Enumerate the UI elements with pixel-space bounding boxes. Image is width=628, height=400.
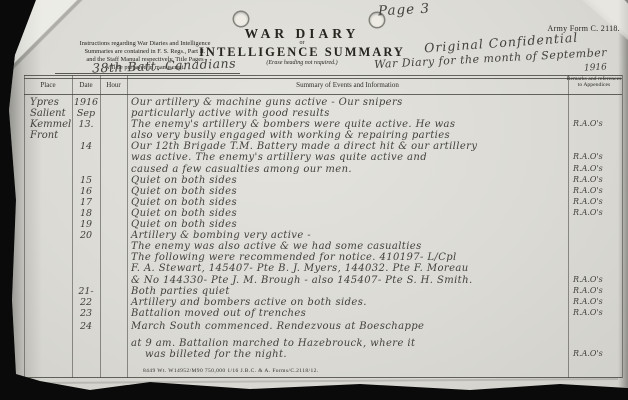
diary-row: 20 Artillery & bombing very active - — [24, 230, 622, 241]
summary-cell: also very busily engaged with working & … — [127, 130, 568, 141]
page-number-hand: Page 3 — [378, 1, 431, 20]
col-header-place: Place — [24, 81, 72, 89]
date-cell: 22 — [72, 297, 100, 308]
unit-underline — [55, 73, 240, 74]
date-cell: 1916 — [72, 97, 100, 108]
table-top-rule-2 — [24, 78, 622, 79]
col-header-hour: Hour — [100, 81, 127, 89]
summary-cell: March South commenced. Rendezvous at Boe… — [127, 321, 568, 332]
diary-row: was active. The enemy's artillery was qu… — [24, 152, 622, 163]
date-cell: 19 — [72, 219, 100, 230]
remarks-cell: R.A.O's — [568, 308, 618, 317]
diary-row: caused a few casualties among our men. R… — [24, 164, 622, 175]
summary-cell: The enemy was also active & we had some … — [127, 241, 568, 252]
summary-cell: Battalion moved out of trenches — [127, 308, 568, 319]
summary-cell: Both parties quiet — [127, 286, 568, 297]
diary-row: The following were recommended for notic… — [24, 252, 622, 263]
date-cell: 13. — [72, 119, 100, 130]
summary-cell: was billeted for the night. — [127, 349, 568, 360]
place-cell: Kemmel — [24, 119, 72, 130]
summary-cell: The enemy's artillery & bombers were qui… — [127, 119, 568, 130]
form-print-number: 8449 Wt. W14952/M90 750,000 1/16 J.B.C. … — [143, 368, 319, 374]
table-header-rule — [24, 94, 622, 95]
diary-row: F. A. Stewart, 145407- Pte B. J. Myers, … — [24, 263, 622, 274]
diary-row: 15 Quiet on both sides R.A.O's — [24, 175, 622, 186]
col-header-date: Date — [72, 81, 100, 89]
remarks-cell: R.A.O's — [568, 164, 618, 173]
col-header-remarks: Remarks and references to Appendices — [566, 76, 622, 88]
diary-row: Salient Sep particularly active with goo… — [24, 108, 622, 119]
scanned-war-diary-page: Page 3 Army Form C. 2118. WAR DIARY or I… — [0, 0, 628, 400]
date-cell: 16 — [72, 186, 100, 197]
summary-cell: The following were recommended for notic… — [127, 252, 568, 263]
summary-cell: Quiet on both sides — [127, 186, 568, 197]
place-cell: Ypres — [24, 97, 72, 108]
remarks-cell: R.A.O's — [568, 119, 618, 128]
diary-row: 14 Our 12th Brigade T.M. Battery made a … — [24, 141, 622, 152]
diary-row: 21- Both parties quiet R.A.O's — [24, 286, 622, 297]
diary-row: The enemy was also active & we had some … — [24, 241, 622, 252]
date-cell: 21- — [72, 286, 100, 297]
summary-cell: at 9 am. Battalion marched to Hazebrouck… — [127, 338, 568, 349]
place-cell: Front — [24, 130, 72, 141]
summary-cell: Quiet on both sides — [127, 175, 568, 186]
remarks-cell: R.A.O's — [568, 208, 618, 217]
paper: Page 3 Army Form C. 2118. WAR DIARY or I… — [0, 0, 628, 400]
diary-row: 24 March South commenced. Rendezvous at … — [24, 321, 622, 332]
diary-row: 19 Quiet on both sides — [24, 219, 622, 230]
date-cell: 15 — [72, 175, 100, 186]
summary-cell: & No 144330- Pte J. M. Brough - also 145… — [127, 275, 568, 286]
summary-cell: caused a few casualties among our men. — [127, 164, 568, 175]
diary-rows: Ypres 1916 Our artillery & machine guns … — [24, 97, 622, 360]
diary-row: Front also very busily engaged with work… — [24, 130, 622, 141]
remarks-cell: R.A.O's — [568, 286, 618, 295]
remarks-cell: R.A.O's — [568, 275, 618, 284]
date-cell: Sep — [72, 108, 100, 119]
diary-row: was billeted for the night. R.A.O's — [24, 349, 622, 360]
date-cell: 20 — [72, 230, 100, 241]
diary-row: 16 Quiet on both sides R.A.O's — [24, 186, 622, 197]
remarks-cell: R.A.O's — [568, 297, 618, 306]
diary-row: Ypres 1916 Our artillery & machine guns … — [24, 97, 622, 108]
col-header-summary: Summary of Events and Information — [127, 81, 568, 89]
diary-row: 23 Battalion moved out of trenches R.A.O… — [24, 308, 622, 319]
diary-row: & No 144330- Pte J. M. Brough - also 145… — [24, 275, 622, 286]
diary-row: 22 Artillery and bombers active on both … — [24, 297, 622, 308]
summary-cell: Quiet on both sides — [127, 197, 568, 208]
date-cell: 24 — [72, 321, 100, 332]
date-cell: 17 — [72, 197, 100, 208]
diary-row: at 9 am. Battalion marched to Hazebrouck… — [24, 338, 622, 349]
date-cell: 23 — [72, 308, 100, 319]
summary-cell: Our 12th Brigade T.M. Battery made a dir… — [127, 141, 568, 152]
remarks-cell: R.A.O's — [568, 186, 618, 195]
summary-cell: Our artillery & machine guns active - Ou… — [127, 97, 568, 108]
summary-cell: Artillery and bombers active on both sid… — [127, 297, 568, 308]
remarks-cell: R.A.O's — [568, 349, 618, 358]
diary-row: 18 Quiet on both sides R.A.O's — [24, 208, 622, 219]
diary-row: Kemmel 13. The enemy's artillery & bombe… — [24, 119, 622, 130]
summary-cell: F. A. Stewart, 145407- Pte B. J. Myers, … — [127, 263, 568, 274]
remarks-cell: R.A.O's — [568, 175, 618, 184]
diary-row: 17 Quiet on both sides R.A.O's — [24, 197, 622, 208]
summary-cell: Quiet on both sides — [127, 219, 568, 230]
place-cell: Salient — [24, 108, 72, 119]
summary-cell: Artillery & bombing very active - — [127, 230, 568, 241]
diary-year-hand: 1916 — [584, 62, 607, 73]
table-top-rule — [24, 75, 622, 76]
punch-hole-left — [234, 12, 248, 26]
summary-cell: was active. The enemy's artillery was qu… — [127, 152, 568, 163]
remarks-cell: R.A.O's — [568, 197, 618, 206]
table-border-right — [622, 75, 623, 378]
summary-cell: particularly active with good results — [127, 108, 568, 119]
date-cell: 18 — [72, 208, 100, 219]
date-cell: 14 — [72, 141, 100, 152]
remarks-cell: R.A.O's — [568, 152, 618, 161]
bottom-crease — [40, 378, 618, 384]
summary-cell: Quiet on both sides — [127, 208, 568, 219]
